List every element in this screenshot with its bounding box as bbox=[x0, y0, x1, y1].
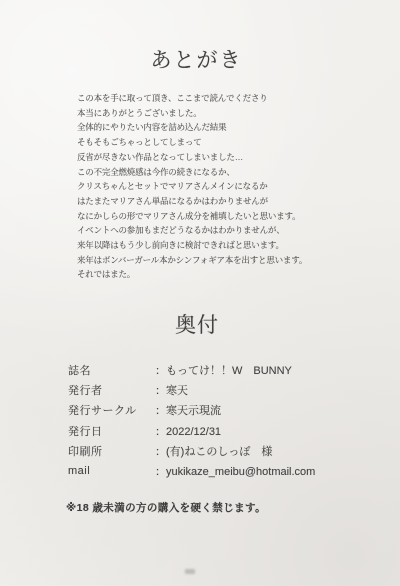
colophon-table: 誌名 ：もってけ！！W BUNNY 発行者 ：寒天 発行サークル ：寒天示現流 … bbox=[68, 360, 315, 481]
age-restriction-notice: ※18 歳未満の方の購入を硬く禁じます。 bbox=[66, 500, 266, 515]
afterword-line: 来年以降はもう少し前向きに検討できればと思います。 bbox=[77, 238, 360, 253]
afterword-line: 反省が尽きない作品となってしまいました… bbox=[77, 150, 360, 165]
afterword-line: それではまた。 bbox=[77, 267, 360, 282]
colophon-value: ：寒天示現流 bbox=[155, 402, 221, 418]
afterword-line: クリスちゃんとセットでマリアさんメインになるか bbox=[77, 179, 360, 194]
colophon-value: ：もってけ！！W BUNNY bbox=[155, 362, 292, 378]
colophon-value: ：寒天 bbox=[155, 382, 188, 398]
colophon-value: ：2022/12/31 bbox=[155, 423, 221, 439]
afterword-line: イベントへの参加もまだどうなるかはわかりませんが、 bbox=[77, 223, 360, 238]
colophon-label: 発行サークル bbox=[68, 402, 155, 418]
colophon-label: mail bbox=[68, 465, 155, 477]
colophon-row-mail: mail ：yukikaze_meibu@hotmail.com bbox=[68, 461, 315, 481]
afterword-line: 本当にありがとうございました。 bbox=[77, 106, 360, 121]
afterword-line: 来年はボンバーガール本かシンフォギア本を出すと思います。 bbox=[77, 253, 360, 268]
colophon-label: 発行者 bbox=[68, 382, 155, 398]
colophon-label: 印刷所 bbox=[68, 443, 155, 459]
colophon-row-title: 誌名 ：もってけ！！W BUNNY bbox=[68, 360, 315, 380]
afterword-line: そもそもごちゃっとしてしまって bbox=[77, 135, 360, 150]
afterword-line: この不完全燃焼感は今作の続きになるか、 bbox=[77, 165, 360, 180]
afterword-line: はたまたマリアさん単品になるかはわかりませんが bbox=[77, 194, 360, 209]
page-number-mark bbox=[185, 569, 195, 574]
colophon-label: 発行日 bbox=[68, 423, 155, 439]
colophon-row-publisher: 発行者 ：寒天 bbox=[68, 380, 315, 400]
colophon-label: 誌名 bbox=[68, 362, 155, 378]
colophon-row-date: 発行日 ：2022/12/31 bbox=[68, 421, 315, 441]
afterword-title: あとがき bbox=[0, 44, 393, 74]
colophon-title: 奥付 bbox=[0, 309, 394, 339]
afterword-text-block: この本を手に取って頂き、ここまで読んでくださり 本当にありがとうございました。 … bbox=[77, 91, 360, 282]
colophon-row-circle: 発行サークル ：寒天示現流 bbox=[68, 400, 315, 420]
afterword-line: この本を手に取って頂き、ここまで読んでくださり bbox=[77, 91, 360, 106]
colophon-value: ：(有)ねこのしっぽ 様 bbox=[155, 443, 272, 459]
scanned-afterword-page: あとがき この本を手に取って頂き、ここまで読んでくださり 本当にありがとうござい… bbox=[0, 0, 400, 586]
afterword-line: 全体的にやりたい内容を詰め込んだ結果 bbox=[77, 120, 360, 135]
colophon-row-printer: 印刷所 ：(有)ねこのしっぽ 様 bbox=[68, 441, 315, 461]
colophon-value: ：yukikaze_meibu@hotmail.com bbox=[155, 463, 315, 479]
afterword-line: なにかしらの形でマリアさん成分を補填したいと思います。 bbox=[77, 209, 360, 224]
